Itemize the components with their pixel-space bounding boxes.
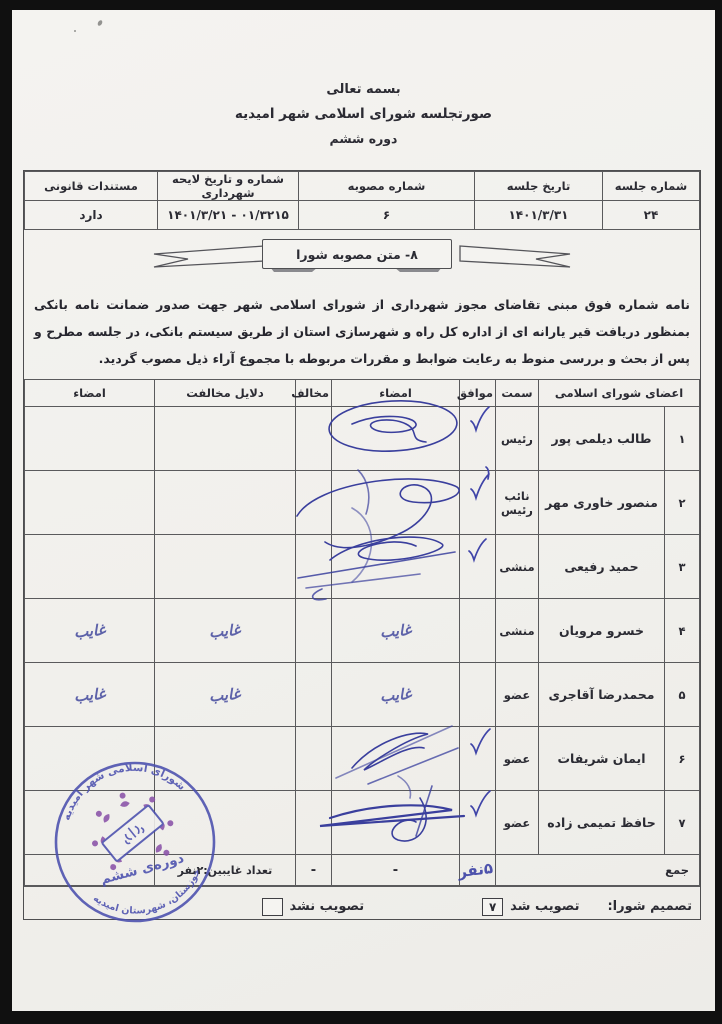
- opposed-cell: [295, 727, 331, 791]
- absent-count-cell: تعداد غایبین:۲نفر: [154, 855, 295, 886]
- opposed-total-cell: -: [295, 855, 331, 886]
- opposition-reasons-cell: غایب: [154, 663, 295, 727]
- position-column-header: سمت: [495, 380, 538, 407]
- opposition-reasons-column-header: دلایل مخالفت: [154, 380, 295, 407]
- absent-handwriting: غایب: [379, 684, 412, 705]
- member-name: منصور خاوری مهر: [538, 471, 664, 535]
- opposition-reasons-cell: [154, 535, 295, 599]
- opposition-reasons-cell: [154, 727, 295, 791]
- agree-cell: [459, 599, 495, 663]
- council-term: دوره ششم: [12, 131, 715, 146]
- signature-cell: غایب: [331, 663, 459, 727]
- member-row-1: ۱ طالب دیلمی پور رئیس: [25, 407, 700, 471]
- signature-cell: غایب: [331, 599, 459, 663]
- resolution-number-header: شماره مصوبه: [299, 172, 475, 201]
- signature2-cell: [25, 535, 155, 599]
- member-position: نائب رئیس: [495, 471, 538, 535]
- resolution-number-value: ۶: [299, 201, 475, 230]
- bill-number-date-header: شماره و تاریخ لایحه شهرداری: [158, 172, 299, 201]
- opposition-reasons-cell: [154, 407, 295, 471]
- agree-cell: [459, 535, 495, 599]
- agree-count-handwriting: ۵نفر: [457, 859, 494, 881]
- rejected-option: تصویب نشد: [262, 898, 365, 916]
- member-position: عضو: [495, 663, 538, 727]
- council-decision-row: تصمیم شورا: تصویب شد ٧ تصویب نشد: [24, 886, 700, 926]
- member-row-3: ۳ حمید رفیعی منشی: [25, 535, 700, 599]
- signature-cell: [331, 791, 459, 855]
- approved-option: تصویب شد ٧: [482, 898, 579, 916]
- agree-cell: [459, 407, 495, 471]
- document-title: صورتجلسه شورای اسلامی شهر امیدیه: [12, 106, 715, 122]
- absent-handwriting: غایب: [209, 684, 242, 705]
- total-row: جمع ۵نفر - - تعداد غایبین:۲نفر: [25, 855, 700, 886]
- row-number: ۵: [665, 663, 700, 727]
- document-header: بسمه تعالی صورتجلسه شورای اسلامی شهر امی…: [12, 82, 715, 146]
- total-label: جمع: [495, 855, 699, 886]
- opposed-cell: [295, 599, 331, 663]
- agree-cell: [459, 791, 495, 855]
- member-row-4: ۴ خسرو مرویان منشی غایب غایب غایب: [25, 599, 700, 663]
- signature2-cell: [25, 727, 155, 791]
- info-values-row: ۲۴ ۱۴۰۱/۳/۳۱ ۶ ۰۱/۳۲۱۵ - ۱۴۰۱/۳/۲۱ دارد: [25, 201, 700, 230]
- member-position: عضو: [495, 791, 538, 855]
- member-position: رئیس: [495, 407, 538, 471]
- absent-handwriting: غایب: [379, 620, 412, 641]
- row-number: ۳: [665, 535, 700, 599]
- opposed-cell: [295, 407, 331, 471]
- session-number-value: ۲۴: [603, 201, 700, 230]
- member-row-2: ۲ منصور خاوری مهر نائب رئیس: [25, 471, 700, 535]
- member-name: طالب دیلمی پور: [538, 407, 664, 471]
- member-row-6: ۶ ایمان شریفات عضو: [25, 727, 700, 791]
- document-body-frame: شماره جلسه تاریخ جلسه شماره مصوبه شماره …: [23, 170, 701, 920]
- session-number-header: شماره جلسه: [603, 172, 700, 201]
- members-column-header: اعضای شورای اسلامی: [538, 380, 699, 407]
- member-position: منشی: [495, 599, 538, 663]
- legal-docs-header: مستندات قانونی: [25, 172, 158, 201]
- bill-number-date-value: ۰۱/۳۲۱۵ - ۱۴۰۱/۳/۲۱: [158, 201, 299, 230]
- resolution-text: نامه شماره فوق مبنی تقاضای مجوز شهرداری …: [34, 291, 690, 372]
- rejected-label: تصویب نشد: [290, 899, 365, 914]
- decision-label: تصمیم شورا:: [607, 899, 692, 914]
- row-number: ۶: [665, 727, 700, 791]
- signature-cell: [331, 535, 459, 599]
- opposed-column-header: مخالف: [295, 380, 331, 407]
- signature-column-header: امضاء: [331, 380, 459, 407]
- members-vote-table: اعضای شورای اسلامی سمت موافق امضاء مخالف…: [24, 379, 700, 886]
- signature2-column-header: امضاء: [25, 380, 155, 407]
- absent-handwriting: غایب: [73, 620, 106, 641]
- signature-total-cell: -: [331, 855, 459, 886]
- scanned-document: { "header": { "bismillah": "بسمه تعالی",…: [0, 0, 722, 1024]
- section-banner: ۸- متن مصوبه شورا: [146, 237, 578, 279]
- signature2-cell: [25, 791, 155, 855]
- signature-cell: [331, 727, 459, 791]
- signature2-cell: [25, 471, 155, 535]
- session-date-header: تاریخ جلسه: [475, 172, 603, 201]
- legal-docs-value: دارد: [25, 201, 158, 230]
- ink-speck: [97, 19, 103, 26]
- resolution-section: ۸- متن مصوبه شورا نامه شماره فوق مبنی تق…: [24, 237, 700, 379]
- approved-checkbox: ٧: [482, 898, 503, 916]
- agree-cell: [459, 663, 495, 727]
- opposed-cell: [295, 535, 331, 599]
- signature2-cell: [25, 407, 155, 471]
- member-name: ایمان شریفات: [538, 727, 664, 791]
- rejected-checkbox: [262, 898, 283, 916]
- absent-handwriting: غایب: [209, 620, 242, 641]
- info-header-row: شماره جلسه تاریخ جلسه شماره مصوبه شماره …: [25, 172, 700, 201]
- session-info-table: شماره جلسه تاریخ جلسه شماره مصوبه شماره …: [24, 171, 700, 230]
- stamp-area-cell: [25, 855, 155, 886]
- session-date-value: ۱۴۰۱/۳/۳۱: [475, 201, 603, 230]
- members-header-row: اعضای شورای اسلامی سمت موافق امضاء مخالف…: [25, 380, 700, 407]
- checkmark: ٧: [489, 900, 496, 914]
- member-name: خسرو مرویان: [538, 599, 664, 663]
- member-row-7: ۷ حافظ تمیمی زاده عضو: [25, 791, 700, 855]
- row-number: ۷: [665, 791, 700, 855]
- row-number: ۴: [665, 599, 700, 663]
- approved-label: تصویب شد: [510, 899, 579, 914]
- member-name: حافظ تمیمی زاده: [538, 791, 664, 855]
- agree-column-header: موافق: [459, 380, 495, 407]
- member-position: منشی: [495, 535, 538, 599]
- bismillah-line: بسمه تعالی: [12, 82, 715, 97]
- agree-cell: [459, 471, 495, 535]
- ink-speck: [74, 30, 76, 32]
- opposed-cell: [295, 791, 331, 855]
- signature-cell: [331, 407, 459, 471]
- document-page: بسمه تعالی صورتجلسه شورای اسلامی شهر امی…: [12, 10, 715, 1011]
- opposition-reasons-cell: [154, 791, 295, 855]
- signature2-cell: غایب: [25, 663, 155, 727]
- opposed-cell: [295, 471, 331, 535]
- signature2-cell: غایب: [25, 599, 155, 663]
- member-name: حمید رفیعی: [538, 535, 664, 599]
- member-position: عضو: [495, 727, 538, 791]
- agree-total-cell: ۵نفر: [459, 855, 495, 886]
- opposition-reasons-cell: غایب: [154, 599, 295, 663]
- row-number: ۱: [665, 407, 700, 471]
- row-number: ۲: [665, 471, 700, 535]
- member-name: محمدرضا آقاجری: [538, 663, 664, 727]
- absent-handwriting: غایب: [73, 684, 106, 705]
- signature-cell: [331, 471, 459, 535]
- banner-title: ۸- متن مصوبه شورا: [262, 239, 452, 269]
- member-row-5: ۵ محمدرضا آقاجری عضو غایب غایب غایب: [25, 663, 700, 727]
- agree-cell: [459, 727, 495, 791]
- opposition-reasons-cell: [154, 471, 295, 535]
- opposed-cell: [295, 663, 331, 727]
